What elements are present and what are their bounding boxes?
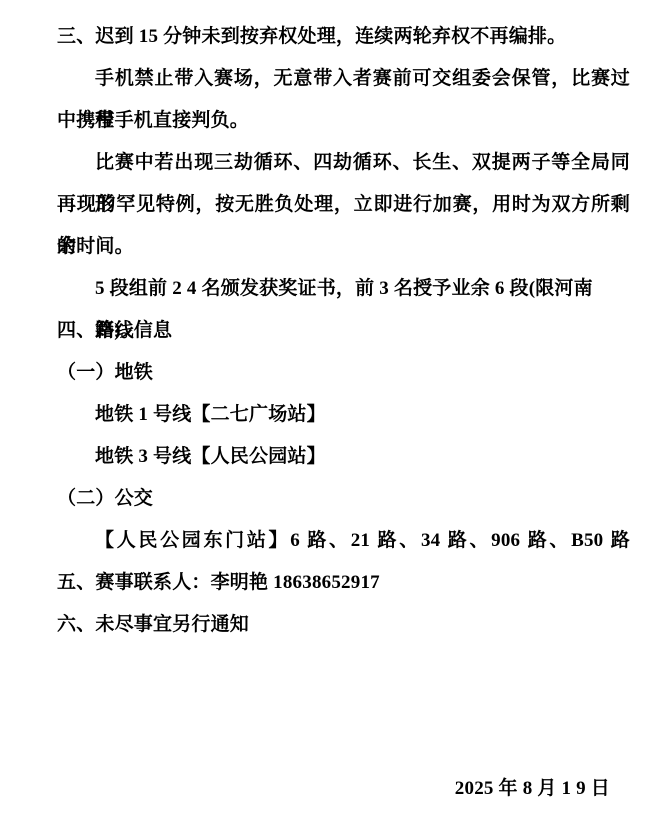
document-date: 2025 年 8 月 1 9 日: [57, 768, 630, 810]
section-6-heading: 六、未尽事宜另行通知: [57, 604, 630, 646]
rule-phone-line-1: 手机禁止带入赛场，无意带入者赛前可交组委会保管，比赛过程: [57, 58, 630, 100]
document-body: 三、迟到 15 分钟未到按弃权处理，连续两轮弃权不再编排。手机禁止带入赛场，无意…: [57, 16, 630, 646]
rule-phone-line-2: 中携带手机直接判负。: [57, 100, 630, 142]
rule-repetition-line-1: 比赛中若出现三劫循环、四劫循环、长生、双提两子等全局同形: [57, 142, 630, 184]
subsection-bus-heading: （二）公交: [57, 478, 630, 520]
rule-3-late-forfeit: 三、迟到 15 分钟未到按弃权处理，连续两轮弃权不再编排。: [57, 16, 630, 58]
metro-line-1: 地铁 1 号线【二七广场站】: [57, 394, 630, 436]
subsection-metro-heading: （一）地铁: [57, 352, 630, 394]
bus-routes: 【人民公园东门站】6 路、21 路、34 路、906 路、B50 路: [57, 520, 630, 562]
section-5-contact: 五、赛事联系人：李明艳 18638652917: [57, 562, 630, 604]
award-info: 5 段组前 2 4 名颁发获奖证书，前 3 名授予业余 6 段(限河南籍)。: [57, 268, 630, 310]
section-4-heading: 四、路线信息: [57, 310, 630, 352]
rule-repetition-line-2: 再现的罕见特例，按无胜负处理，立即进行加赛，用时为双方所剩余: [57, 184, 630, 226]
rule-repetition-line-3: 的时间。: [57, 226, 630, 268]
document-page: 三、迟到 15 分钟未到按弃权处理，连续两轮弃权不再编排。手机禁止带入赛场，无意…: [0, 0, 648, 824]
metro-line-3: 地铁 3 号线【人民公园站】: [57, 436, 630, 478]
